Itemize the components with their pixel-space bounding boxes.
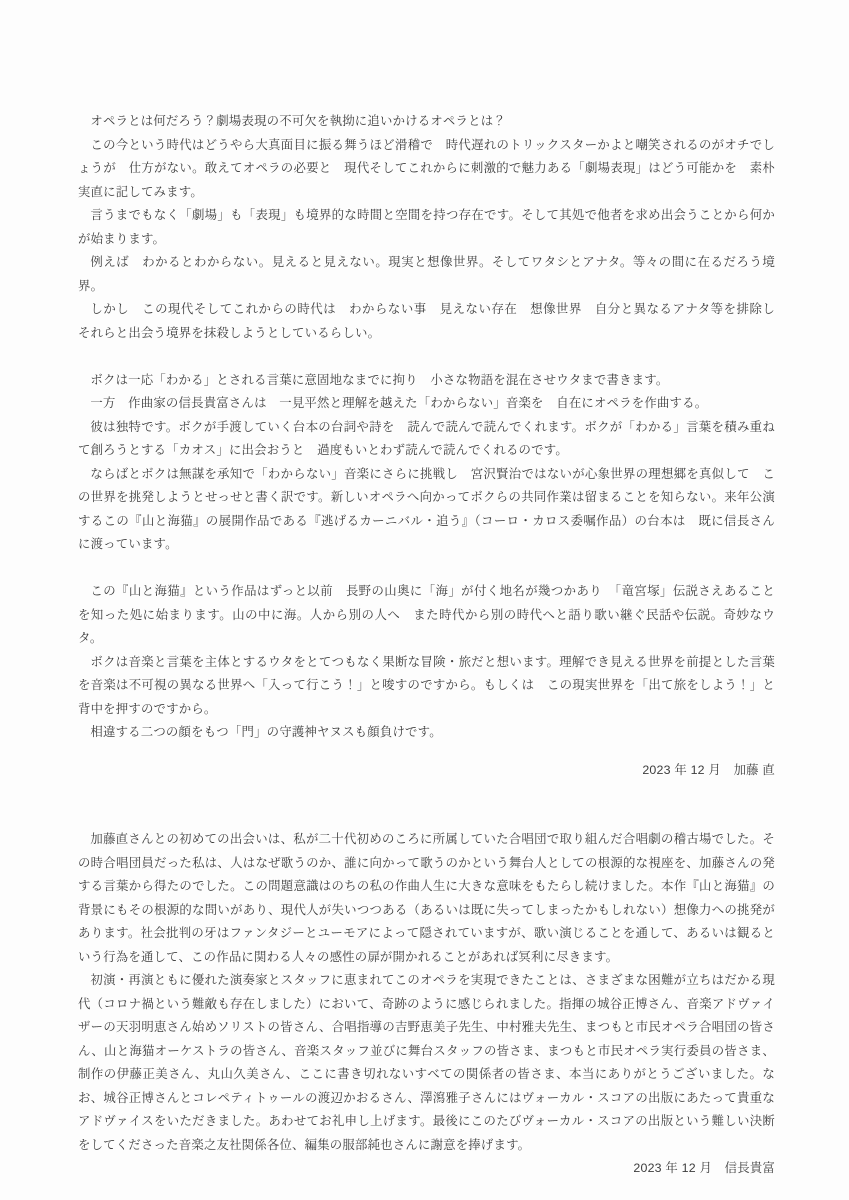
paragraph: ボクは音楽と言葉を主体とするウタをとてつもなく果断な冒険・旅だと想います。理解で… xyxy=(78,651,775,722)
paragraph: 言うまでもなく「劇場」も「表現」も境界的な時間と空間を持つ存在です。そして其処で… xyxy=(78,204,775,251)
paragraph: 加藤直さんとの初めての出会いは、私が二十代初めのころに所属していた合唱団で取り組… xyxy=(78,828,775,969)
paragraph: ボクは一応「わかる」とされる言葉に意固地なまでに拘り 小さな物語を混在させウタま… xyxy=(78,369,775,393)
paragraph: オペラとは何だろう？劇場表現の不可欠を執拗に追いかけるオペラとは？ xyxy=(78,110,775,134)
paragraph: 初演・再演ともに優れた演奏家とスタッフに恵まれてこのオペラを実現できたことは、さ… xyxy=(78,969,775,1157)
essay-nobunaga-afterword: 加藤直さんとの初めての出会いは、私が二十代初めのころに所属していた合唱団で取り組… xyxy=(78,828,775,1181)
paragraph: この『山と海猫』という作品はずっと以前 長野の山奥に「海」が付く地名が幾つかあり… xyxy=(78,580,775,651)
signature-kato-tadashi: 2023 年 12 月 加藤 直 xyxy=(78,759,775,783)
paragraph: ならばとボクは無謀を承知で「わからない」音楽にさらに挑戦し 宮沢賢治ではないが心… xyxy=(78,463,775,557)
paragraph: この今という時代はどうやら大真面目に振る舞うほど滑稽で 時代遅れのトリックスター… xyxy=(78,134,775,205)
paragraph: 一方 作曲家の信長貴富さんは 一見平然と理解を越えた「わからない」音楽を 自在に… xyxy=(78,392,775,416)
paragraph: 例えば わかるとわからない。見えると見えない。現実と想像世界。そしてワタシとアナ… xyxy=(78,251,775,298)
paragraph: しかし この現代そしてこれからの時代は わからない事 見えない存在 想像世界 自… xyxy=(78,298,775,345)
essay-kato-preface: オペラとは何だろう？劇場表現の不可欠を執拗に追いかけるオペラとは？ この今という… xyxy=(78,110,775,782)
signature-nobunaga-takatomi: 2023 年 12 月 信長貴富 xyxy=(78,1157,775,1181)
document-page: オペラとは何だろう？劇場表現の不可欠を執拗に追いかけるオペラとは？ この今という… xyxy=(0,0,849,1200)
paragraph: 相違する二つの顔をもつ「門」の守護神ヤヌスも顔負けです。 xyxy=(78,721,775,745)
paragraph: 彼は独特です。ボクが手渡していく台本の台詞や詩を 読んで読んで読んでくれます。ボ… xyxy=(78,416,775,463)
